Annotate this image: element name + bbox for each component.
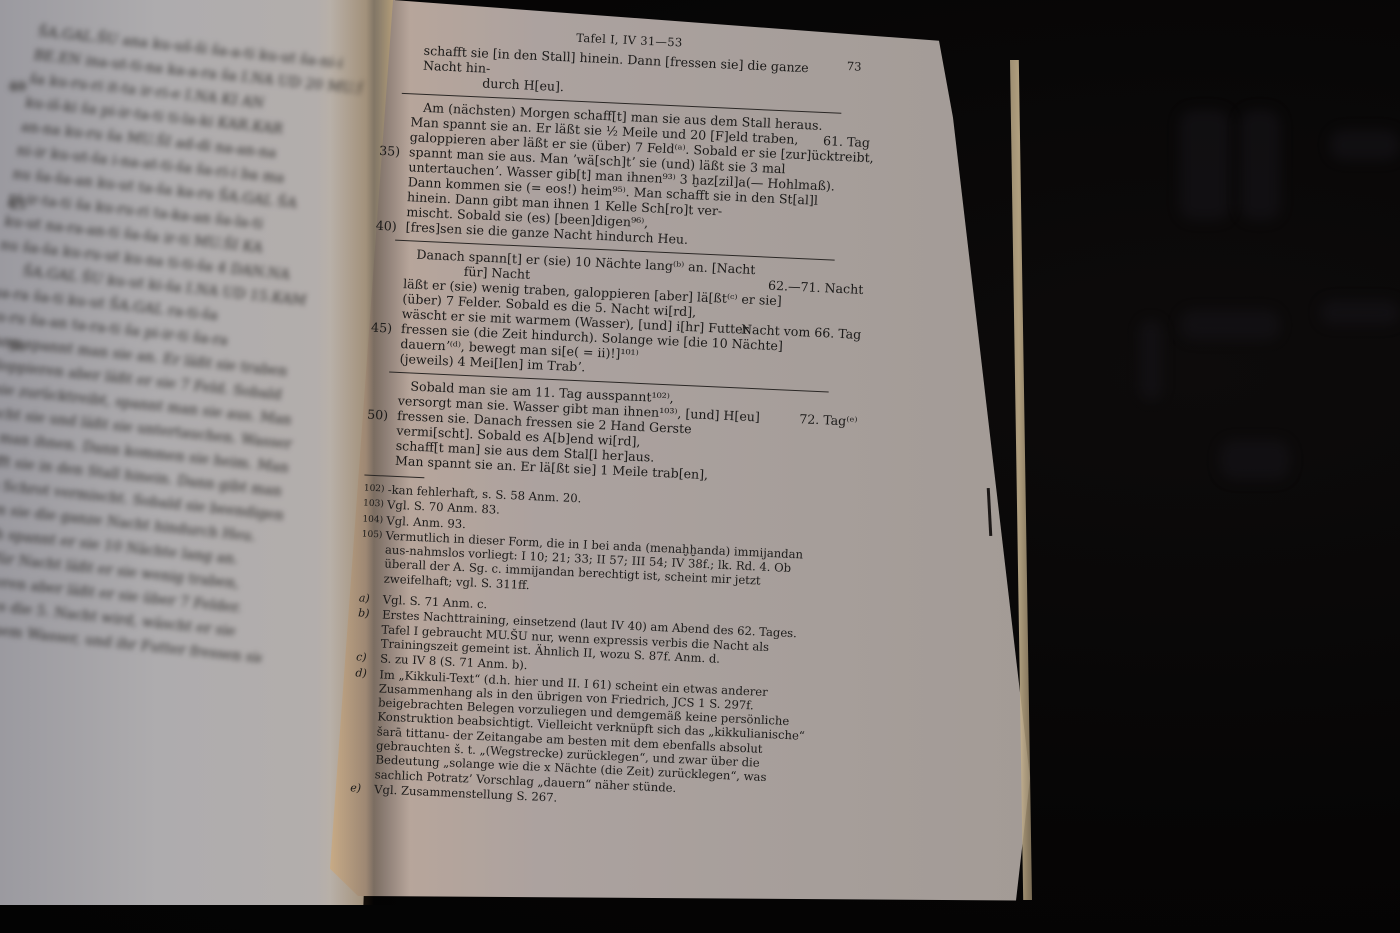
left-page: ŠA.GAL.ŠU ana ku-uš-ši ša-a-ti ku-ut ša-… <box>0 0 395 905</box>
page-number: 73 <box>846 59 861 75</box>
footnote-mark: e) <box>350 781 361 796</box>
footnote-d: d)Im „Kikkuli-Text“ (d.h. hier und II. I… <box>351 666 816 801</box>
text-section-61-tag: 61. Tag Am (nächsten) Morgen schaff[t] m… <box>375 98 841 254</box>
footnote-text: Im „Kikkuli-Text“ (d.h. hier und II. I 6… <box>375 667 806 795</box>
line-number: 40) <box>375 218 397 234</box>
footnote-mark: 103) <box>363 497 384 512</box>
margin-note: 61. Tag <box>823 133 871 150</box>
footnotes: 102)-kan fehlerhaft, s. S. 58 Anm. 20. 1… <box>350 482 824 817</box>
line-number: 50) <box>367 407 389 423</box>
footnote-mark: 102) <box>363 482 384 497</box>
left-line-number: 50 <box>8 340 26 355</box>
left-line-number: 45 <box>8 198 26 213</box>
left-page-text: ŠA.GAL.ŠU ana ku-uš-ši ša-a-ti ku-ut ša-… <box>0 20 368 671</box>
right-page-content: Tafel I, IV 31—53 73 schafft sie [in den… <box>350 22 845 817</box>
line-number: 35) <box>379 143 401 159</box>
text-section-72-tag: 72. Tag⁽ᵉ⁾ Sobald man sie am 11. Tag aus… <box>365 377 829 488</box>
footnote-mark: b) <box>358 607 370 622</box>
footnote-mark: 104) <box>362 512 383 527</box>
footnote-rule <box>364 475 424 479</box>
footnote-mark: c) <box>356 651 367 666</box>
left-line-number: 40 <box>8 80 26 95</box>
footnote-mark: 105) <box>361 527 382 542</box>
footnote-mark: a) <box>358 591 369 606</box>
text-section-62-71-nacht: 62.—71. Nacht Nacht vom 66. Tag Danach s… <box>369 245 834 386</box>
footnote-mark: d) <box>355 666 367 681</box>
line-number: 45) <box>371 320 393 336</box>
margin-note: 72. Tag⁽ᵉ⁾ <box>799 411 858 429</box>
